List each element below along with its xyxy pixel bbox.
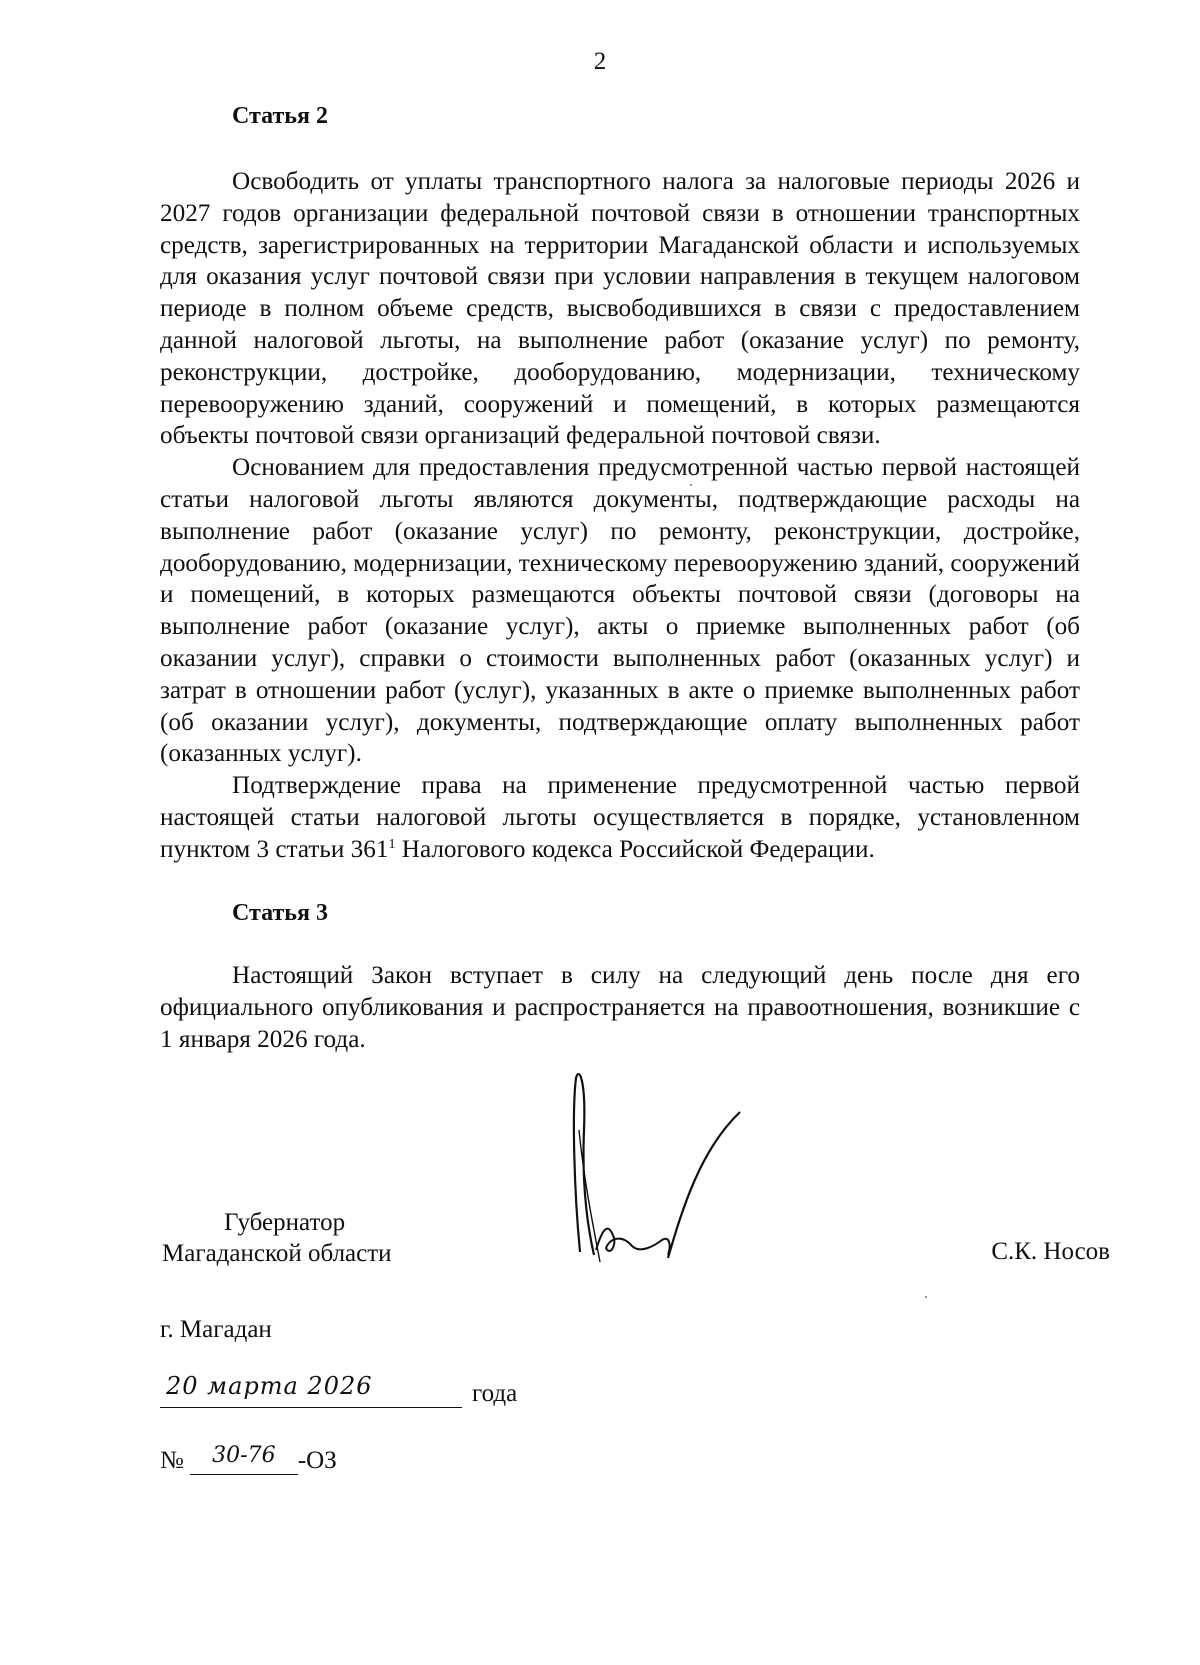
article-2-body: Освободить от уплаты транспортного налог…	[160, 166, 1080, 866]
signer-name: С.К. Носов	[991, 1236, 1110, 1267]
law-number-suffix: -ОЗ	[298, 1447, 337, 1475]
governor-title: Губернатор Магаданской области	[162, 1207, 392, 1269]
article-2-heading: Статья 2	[232, 103, 328, 130]
number-sign: №	[160, 1447, 184, 1475]
article-3-heading: Статья 3	[232, 900, 328, 927]
article-3-body: Настоящий Закон вступает в силу на следу…	[160, 960, 1080, 1055]
scan-speck	[690, 484, 692, 486]
article-2-paragraph-1: Освободить от уплаты транспортного налог…	[160, 166, 1080, 452]
governor-title-line-1: Губернатор	[162, 1207, 392, 1238]
article-2-paragraph-3: Подтверждение права на применение предус…	[160, 770, 1080, 865]
date-suffix: года	[472, 1380, 517, 1408]
scan-speck	[925, 1296, 927, 1298]
handwritten-signature-icon	[570, 1070, 770, 1270]
date-line: 20 марта 2026 года	[160, 1372, 517, 1408]
handwritten-date: 20 марта 2026	[160, 1372, 462, 1408]
paragraph-3-text-b: Налогового кодекса Российской Федерации.	[395, 836, 874, 863]
page-number: 2	[0, 48, 1200, 76]
article-2-paragraph-2: Основанием для предоставления предусмотр…	[160, 452, 1080, 770]
handwritten-law-number: 30-76	[190, 1443, 298, 1475]
governor-title-line-2: Магаданской области	[162, 1240, 392, 1267]
law-number-line: № 30-76 -ОЗ	[160, 1443, 337, 1475]
article-3-paragraph-1: Настоящий Закон вступает в силу на следу…	[160, 960, 1080, 1055]
city: г. Магадан	[160, 1316, 272, 1344]
